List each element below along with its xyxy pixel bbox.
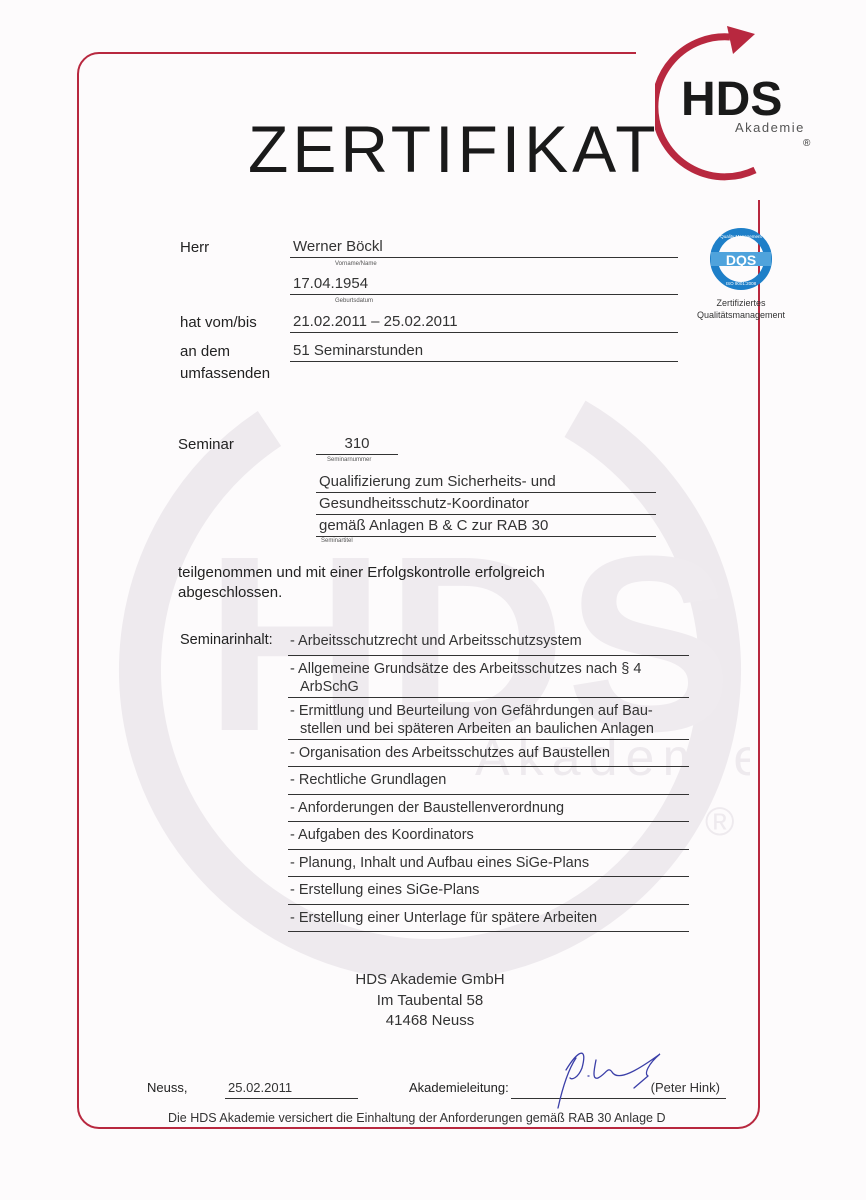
content-item-text: - Ermittlung und Beurteilung von Gefährd…: [290, 702, 689, 738]
seminar-title-caption: Seminartitel: [321, 538, 353, 544]
seminar-title-line-3: gemäß Anlagen B & C zur RAB 30: [316, 515, 656, 537]
period-field: 21.02.2011 – 25.02.2011: [290, 311, 678, 333]
quality-badge-line1: Zertifiziertes: [696, 297, 786, 309]
quality-badge: DQS Quality Management ISO 9001:2008 Zer…: [696, 228, 786, 321]
content-item: - Allgemeine Grundsätze des Arbeitsschut…: [288, 656, 689, 698]
content-item-text: - Anforderungen der Baustellenverordnung: [290, 799, 689, 817]
content-item-text: - Arbeitsschutzrecht und Arbeitsschutzsy…: [290, 632, 689, 650]
role-label: Akademieleitung:: [409, 1080, 509, 1095]
content-item-text: - Rechtliche Grundlagen: [290, 771, 689, 789]
company-name: HDS Akademie GmbH: [330, 970, 530, 991]
place-label: Neuss,: [147, 1080, 187, 1095]
content-item-text: - Erstellung einer Unterlage für spätere…: [290, 909, 689, 927]
completion-text: teilgenommen und mit einer Erfolgskontro…: [178, 563, 618, 603]
seminar-number-field: 310: [316, 433, 398, 455]
svg-text:ISO 9001:2008: ISO 9001:2008: [726, 281, 757, 286]
content-item: - Planung, Inhalt und Aufbau eines SiGe-…: [288, 850, 689, 878]
company-street: Im Taubental 58: [330, 991, 530, 1012]
content-item: - Anforderungen der Baustellenverordnung: [288, 795, 689, 823]
content-item: - Organisation des Arbeitsschutzes auf B…: [288, 740, 689, 768]
contents-label: Seminarinhalt:: [180, 632, 273, 648]
content-item: - Arbeitsschutzrecht und Arbeitsschutzsy…: [288, 628, 689, 656]
seminar-title-line-2: Gesundheitsschutz-Koordinator: [316, 493, 656, 515]
dqs-iso-9001-seal-icon: DQS Quality Management ISO 9001:2008: [709, 228, 773, 290]
content-item-text: - Allgemeine Grundsätze des Arbeitsschut…: [290, 660, 689, 696]
name-caption: Vorname/Name: [335, 261, 377, 267]
company-city: 41468 Neuss: [330, 1011, 530, 1032]
hours-label-2: umfassenden: [180, 365, 270, 382]
content-item: - Erstellung einer Unterlage für spätere…: [288, 905, 689, 933]
quality-badge-line2: Qualitätsmanagement: [696, 309, 786, 321]
content-item-text: - Organisation des Arbeitsschutzes auf B…: [290, 744, 689, 762]
content-item-text: - Erstellung eines SiGe-Plans: [290, 881, 689, 899]
salutation-label: Herr: [180, 239, 209, 256]
hds-akademie-logo: HDS Akademie ®: [655, 22, 825, 187]
content-item-text: - Aufgaben des Koordinators: [290, 826, 689, 844]
hours-label-1: an dem: [180, 343, 230, 360]
issue-date-field: 25.02.2011: [225, 1077, 358, 1099]
content-item: - Ermittlung und Beurteilung von Gefährd…: [288, 698, 689, 740]
handwritten-signature: [548, 1040, 678, 1110]
seminar-contents-list: - Arbeitsschutzrecht und Arbeitsschutzsy…: [288, 628, 689, 932]
certificate-title: ZERTIFIKAT: [248, 116, 660, 182]
content-item-text: - Planung, Inhalt und Aufbau eines SiGe-…: [290, 854, 689, 872]
svg-text:®: ®: [803, 138, 811, 149]
seminar-number-caption: Seminarnummer: [327, 457, 371, 463]
birthdate-field: 17.04.1954: [290, 273, 678, 295]
content-item: - Rechtliche Grundlagen: [288, 767, 689, 795]
svg-text:Quality Management: Quality Management: [720, 234, 762, 239]
seminar-label: Seminar: [178, 436, 234, 453]
period-label: hat vom/bis: [180, 314, 257, 331]
content-item: - Erstellung eines SiGe-Plans: [288, 877, 689, 905]
company-address: HDS Akademie GmbH Im Taubental 58 41468 …: [330, 970, 530, 1032]
footer-note: Die HDS Akademie versichert die Einhaltu…: [168, 1111, 666, 1125]
svg-text:DQS: DQS: [726, 252, 756, 268]
hours-field: 51 Seminarstunden: [290, 340, 678, 362]
birthdate-caption: Geburtsdatum: [335, 298, 373, 304]
svg-text:Akademie: Akademie: [735, 120, 805, 135]
seminar-title-line-1: Qualifizierung zum Sicherheits- und: [316, 471, 656, 493]
recipient-name-field: Werner Böckl: [290, 236, 678, 258]
content-item: - Aufgaben des Koordinators: [288, 822, 689, 850]
svg-text:HDS: HDS: [681, 73, 782, 126]
